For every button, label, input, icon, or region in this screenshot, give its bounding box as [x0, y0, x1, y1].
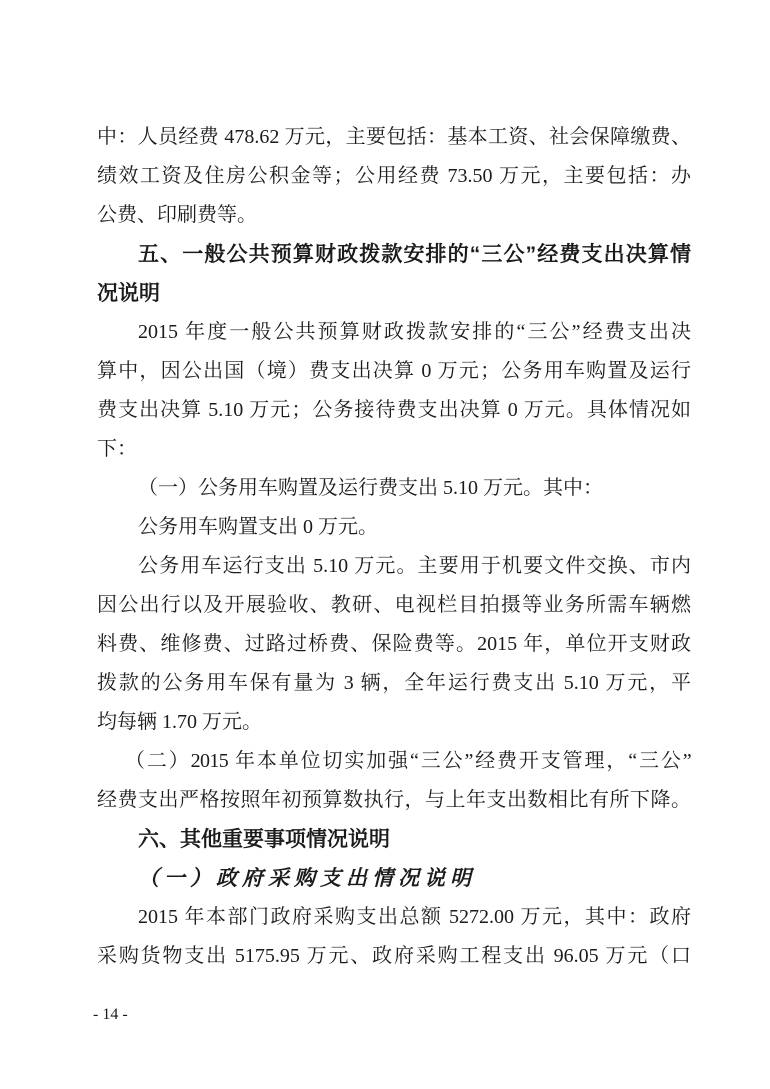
- body-line: 因公出行以及开展验收、教研、电视栏目拍摄等业务所需车辆燃: [97, 586, 691, 625]
- body-line: 绩效工资及住房公积金等；公用经费 73.50 万元，主要包括：办: [97, 157, 691, 196]
- body-line-item-2: （二）2015 年本单位切实加强“三公”经费开支管理，“三公”: [97, 742, 691, 781]
- page-number: - 14 -: [93, 1005, 128, 1025]
- body-line: 公务用车购置支出 0 万元。: [97, 508, 691, 547]
- body-line: 下：: [97, 430, 691, 469]
- body-line: 料费、维修费、过路过桥费、保险费等。2015 年，单位开支财政: [97, 625, 691, 664]
- text-block: 中：人员经费 478.62 万元，主要包括：基本工资、社会保障缴费、 绩效工资及…: [97, 118, 691, 976]
- heading-section-5: 五、一般公共预算财政拨款安排的“三公”经费支出决算情: [97, 235, 691, 274]
- body-line: 拨款的公务用车保有量为 3 辆，全年运行费支出 5.10 万元，平: [97, 664, 691, 703]
- body-line-item-1: （一）公务用车购置及运行费支出 5.10 万元。其中：: [97, 469, 691, 508]
- body-line: 2015 年本部门政府采购支出总额 5272.00 万元，其中：政府: [97, 898, 691, 937]
- body-line: 经费支出严格按照年初预算数执行，与上年支出数相比有所下降。: [97, 781, 691, 820]
- body-line: 中：人员经费 478.62 万元，主要包括：基本工资、社会保障缴费、: [97, 118, 691, 157]
- body-line: 采购货物支出 5175.95 万元、政府采购工程支出 96.05 万元（口: [97, 937, 691, 976]
- body-line: 算中，因公出国（境）费支出决算 0 万元；公务用车购置及运行: [97, 352, 691, 391]
- heading-section-5-continued: 况说明: [97, 274, 691, 313]
- document-page: 中：人员经费 478.62 万元，主要包括：基本工资、社会保障缴费、 绩效工资及…: [0, 0, 770, 1089]
- body-line: 均每辆 1.70 万元。: [97, 703, 691, 742]
- body-line: 公费、印刷费等。: [97, 196, 691, 235]
- body-line: 2015 年度一般公共预算财政拨款安排的“三公”经费支出决: [97, 313, 691, 352]
- heading-subsection-procurement: （一）政府采购支出情况说明: [97, 859, 691, 898]
- body-line: 公务用车运行支出 5.10 万元。主要用于机要文件交换、市内: [97, 547, 691, 586]
- heading-section-6: 六、其他重要事项情况说明: [97, 820, 691, 859]
- body-line: 费支出决算 5.10 万元；公务接待费支出决算 0 万元。具体情况如: [97, 391, 691, 430]
